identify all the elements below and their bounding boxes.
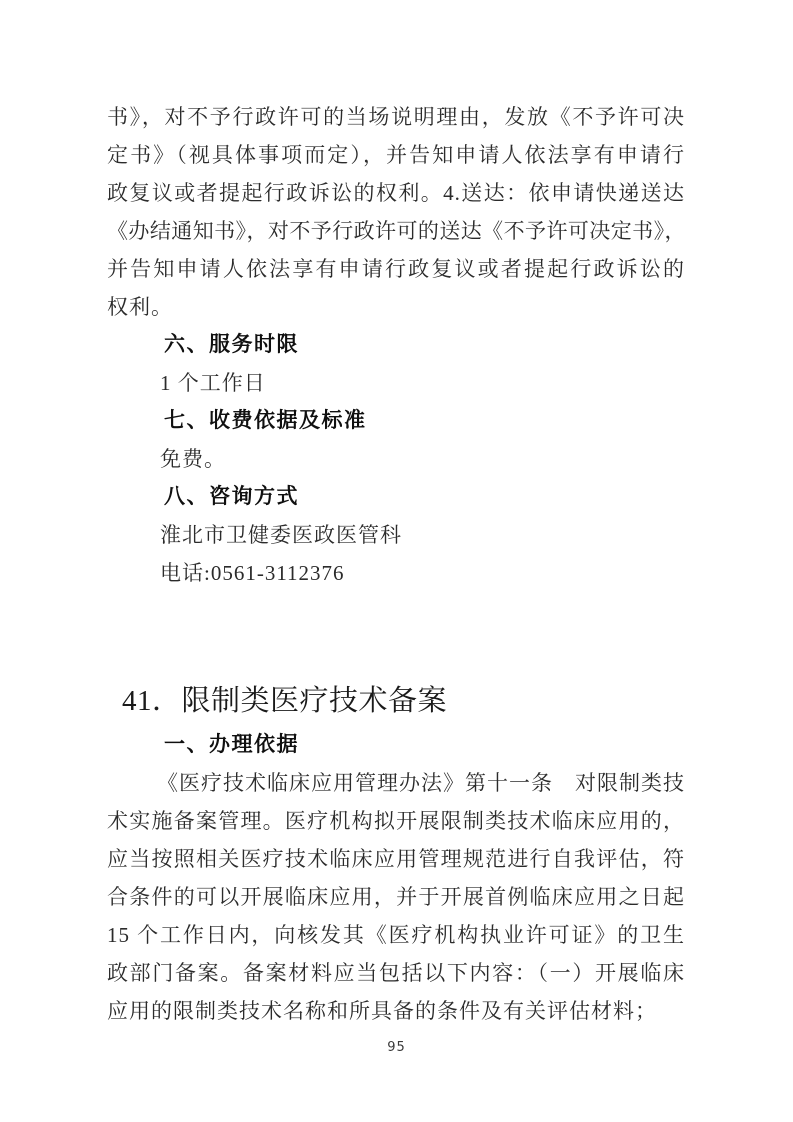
paragraph-line: 政复议或者提起行政诉讼的权利。4.送达：依申请快递送达 xyxy=(107,174,685,212)
page-title-item-41: 41．限制类医疗技术备案 xyxy=(107,679,685,723)
section-heading-fees: 七、收费依据及标准 xyxy=(107,402,685,440)
paragraph-line: 书》，对不予行政许可的当场说明理由，发放《不予许可决 xyxy=(107,98,685,136)
paragraph-line: 《医疗技术临床应用管理办法》第十一条 对限制类技 xyxy=(107,764,685,802)
section-body-line: 1 个工作日 xyxy=(107,364,685,402)
paragraph-line: 权利。 xyxy=(107,288,685,326)
paragraph-line: 合条件的可以开展临床应用，并于开展首例临床应用之日起 xyxy=(107,878,685,916)
section-heading-service-time: 六、服务时限 xyxy=(107,326,685,364)
basis-paragraph: 《医疗技术临床应用管理办法》第十一条 对限制类技 术实施备案管理。医疗机构拟开展… xyxy=(107,764,685,1030)
paragraph-line: 术实施备案管理。医疗机构拟开展限制类技术临床应用的， xyxy=(107,802,685,840)
section-body-line: 免费。 xyxy=(107,440,685,478)
continued-paragraph: 书》，对不予行政许可的当场说明理由，发放《不予许可决 定书》（视具体事项而定），… xyxy=(107,98,685,326)
section-body-line-phone: 电话:0561-3112376 xyxy=(107,554,685,592)
paragraph-line: 并告知申请人依法享有申请行政复议或者提起行政诉讼的 xyxy=(107,250,685,288)
paragraph-line: 政部门备案。备案材料应当包括以下内容：（一）开展临床 xyxy=(107,954,685,992)
section-body-line: 淮北市卫健委医政医管科 xyxy=(107,516,685,554)
page-content: 书》，对不予行政许可的当场说明理由，发放《不予许可决 定书》（视具体事项而定），… xyxy=(107,98,685,1030)
section-heading-consultation: 八、咨询方式 xyxy=(107,478,685,516)
paragraph-line: 15 个工作日内，向核发其《医疗机构执业许可证》的卫生行 xyxy=(107,916,685,954)
page-number: 95 xyxy=(0,1040,793,1055)
paragraph-line: 《办结通知书》，对不予行政许可的送达《不予许可决定书》， xyxy=(107,212,685,250)
paragraph-line: 应用的限制类技术名称和所具备的条件及有关评估材料； xyxy=(107,992,685,1030)
paragraph-line: 应当按照相关医疗技术临床应用管理规范进行自我评估，符 xyxy=(107,840,685,878)
document-page: { "page": { "number": "95", "background_… xyxy=(0,0,793,1122)
paragraph-line: 定书》（视具体事项而定），并告知申请人依法享有申请行 xyxy=(107,136,685,174)
section-heading-basis: 一、办理依据 xyxy=(107,726,685,764)
